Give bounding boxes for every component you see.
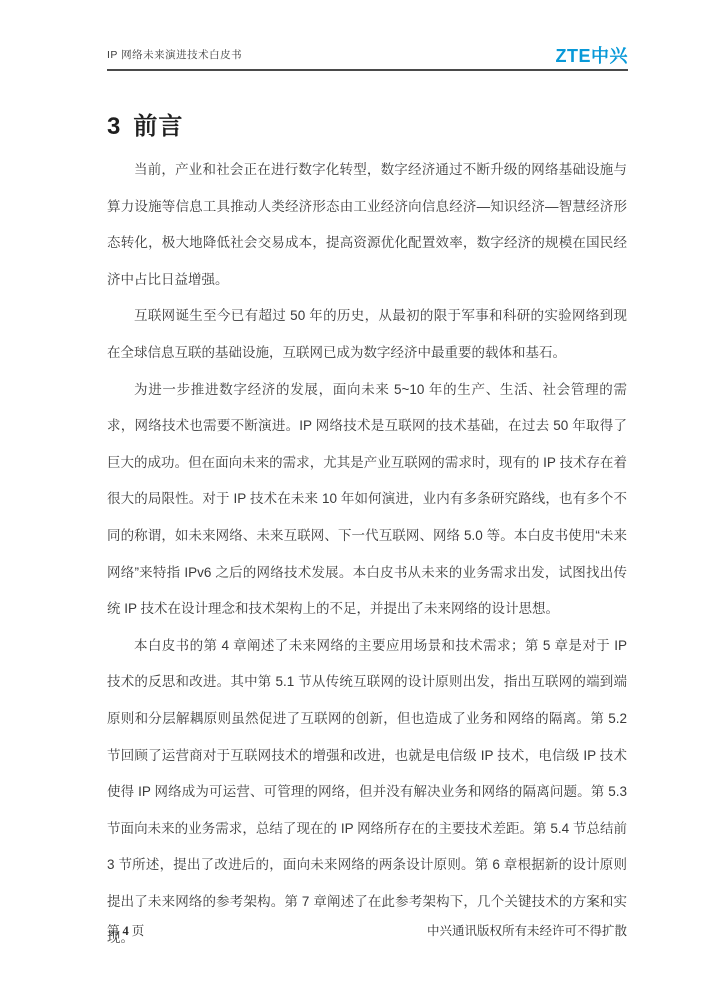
footer-page-prefix: 第: [107, 924, 120, 938]
document-page: IP 网络未来演进技术白皮书 ZTE中兴 3前言 当前，产业和社会正在进行数字化…: [0, 0, 710, 1004]
paragraph-2: 互联网诞生至今已有超过 50 年的历史，从最初的限于军事和科研的实验网络到现在全…: [107, 298, 627, 371]
section-title-text: 前言: [133, 113, 183, 140]
section-title: 3前言: [107, 106, 183, 141]
body-text: 当前，产业和社会正在进行数字化转型，数字经济通过不断升级的网络基础设施与算力设施…: [107, 152, 627, 957]
header-doc-title: IP 网络未来演进技术白皮书: [107, 47, 242, 69]
footer-copyright: 中兴通讯版权所有未经许可不得扩散: [427, 921, 627, 939]
page-header: IP 网络未来演进技术白皮书 ZTE中兴: [107, 40, 628, 71]
zte-logo-chinese: 中兴: [591, 46, 628, 66]
footer-page-number: 第4页: [107, 921, 144, 939]
section-number: 3: [107, 113, 121, 140]
paragraph-1: 当前，产业和社会正在进行数字化转型，数字经济通过不断升级的网络基础设施与算力设施…: [107, 152, 627, 298]
page-footer: 第4页 中兴通讯版权所有未经许可不得扩散: [107, 921, 627, 939]
zte-logo-latin: ZTE: [556, 46, 592, 66]
paragraph-4: 本白皮书的第 4 章阐述了未来网络的主要应用场景和技术需求；第 5 章是对于 I…: [107, 628, 627, 957]
zte-logo: ZTE中兴: [556, 42, 629, 69]
footer-page-num: 4: [123, 924, 129, 938]
paragraph-3: 为进一步推进数字经济的发展，面向未来 5~10 年的生产、生活、社会管理的需求，…: [107, 372, 627, 628]
footer-page-suffix: 页: [132, 924, 145, 938]
